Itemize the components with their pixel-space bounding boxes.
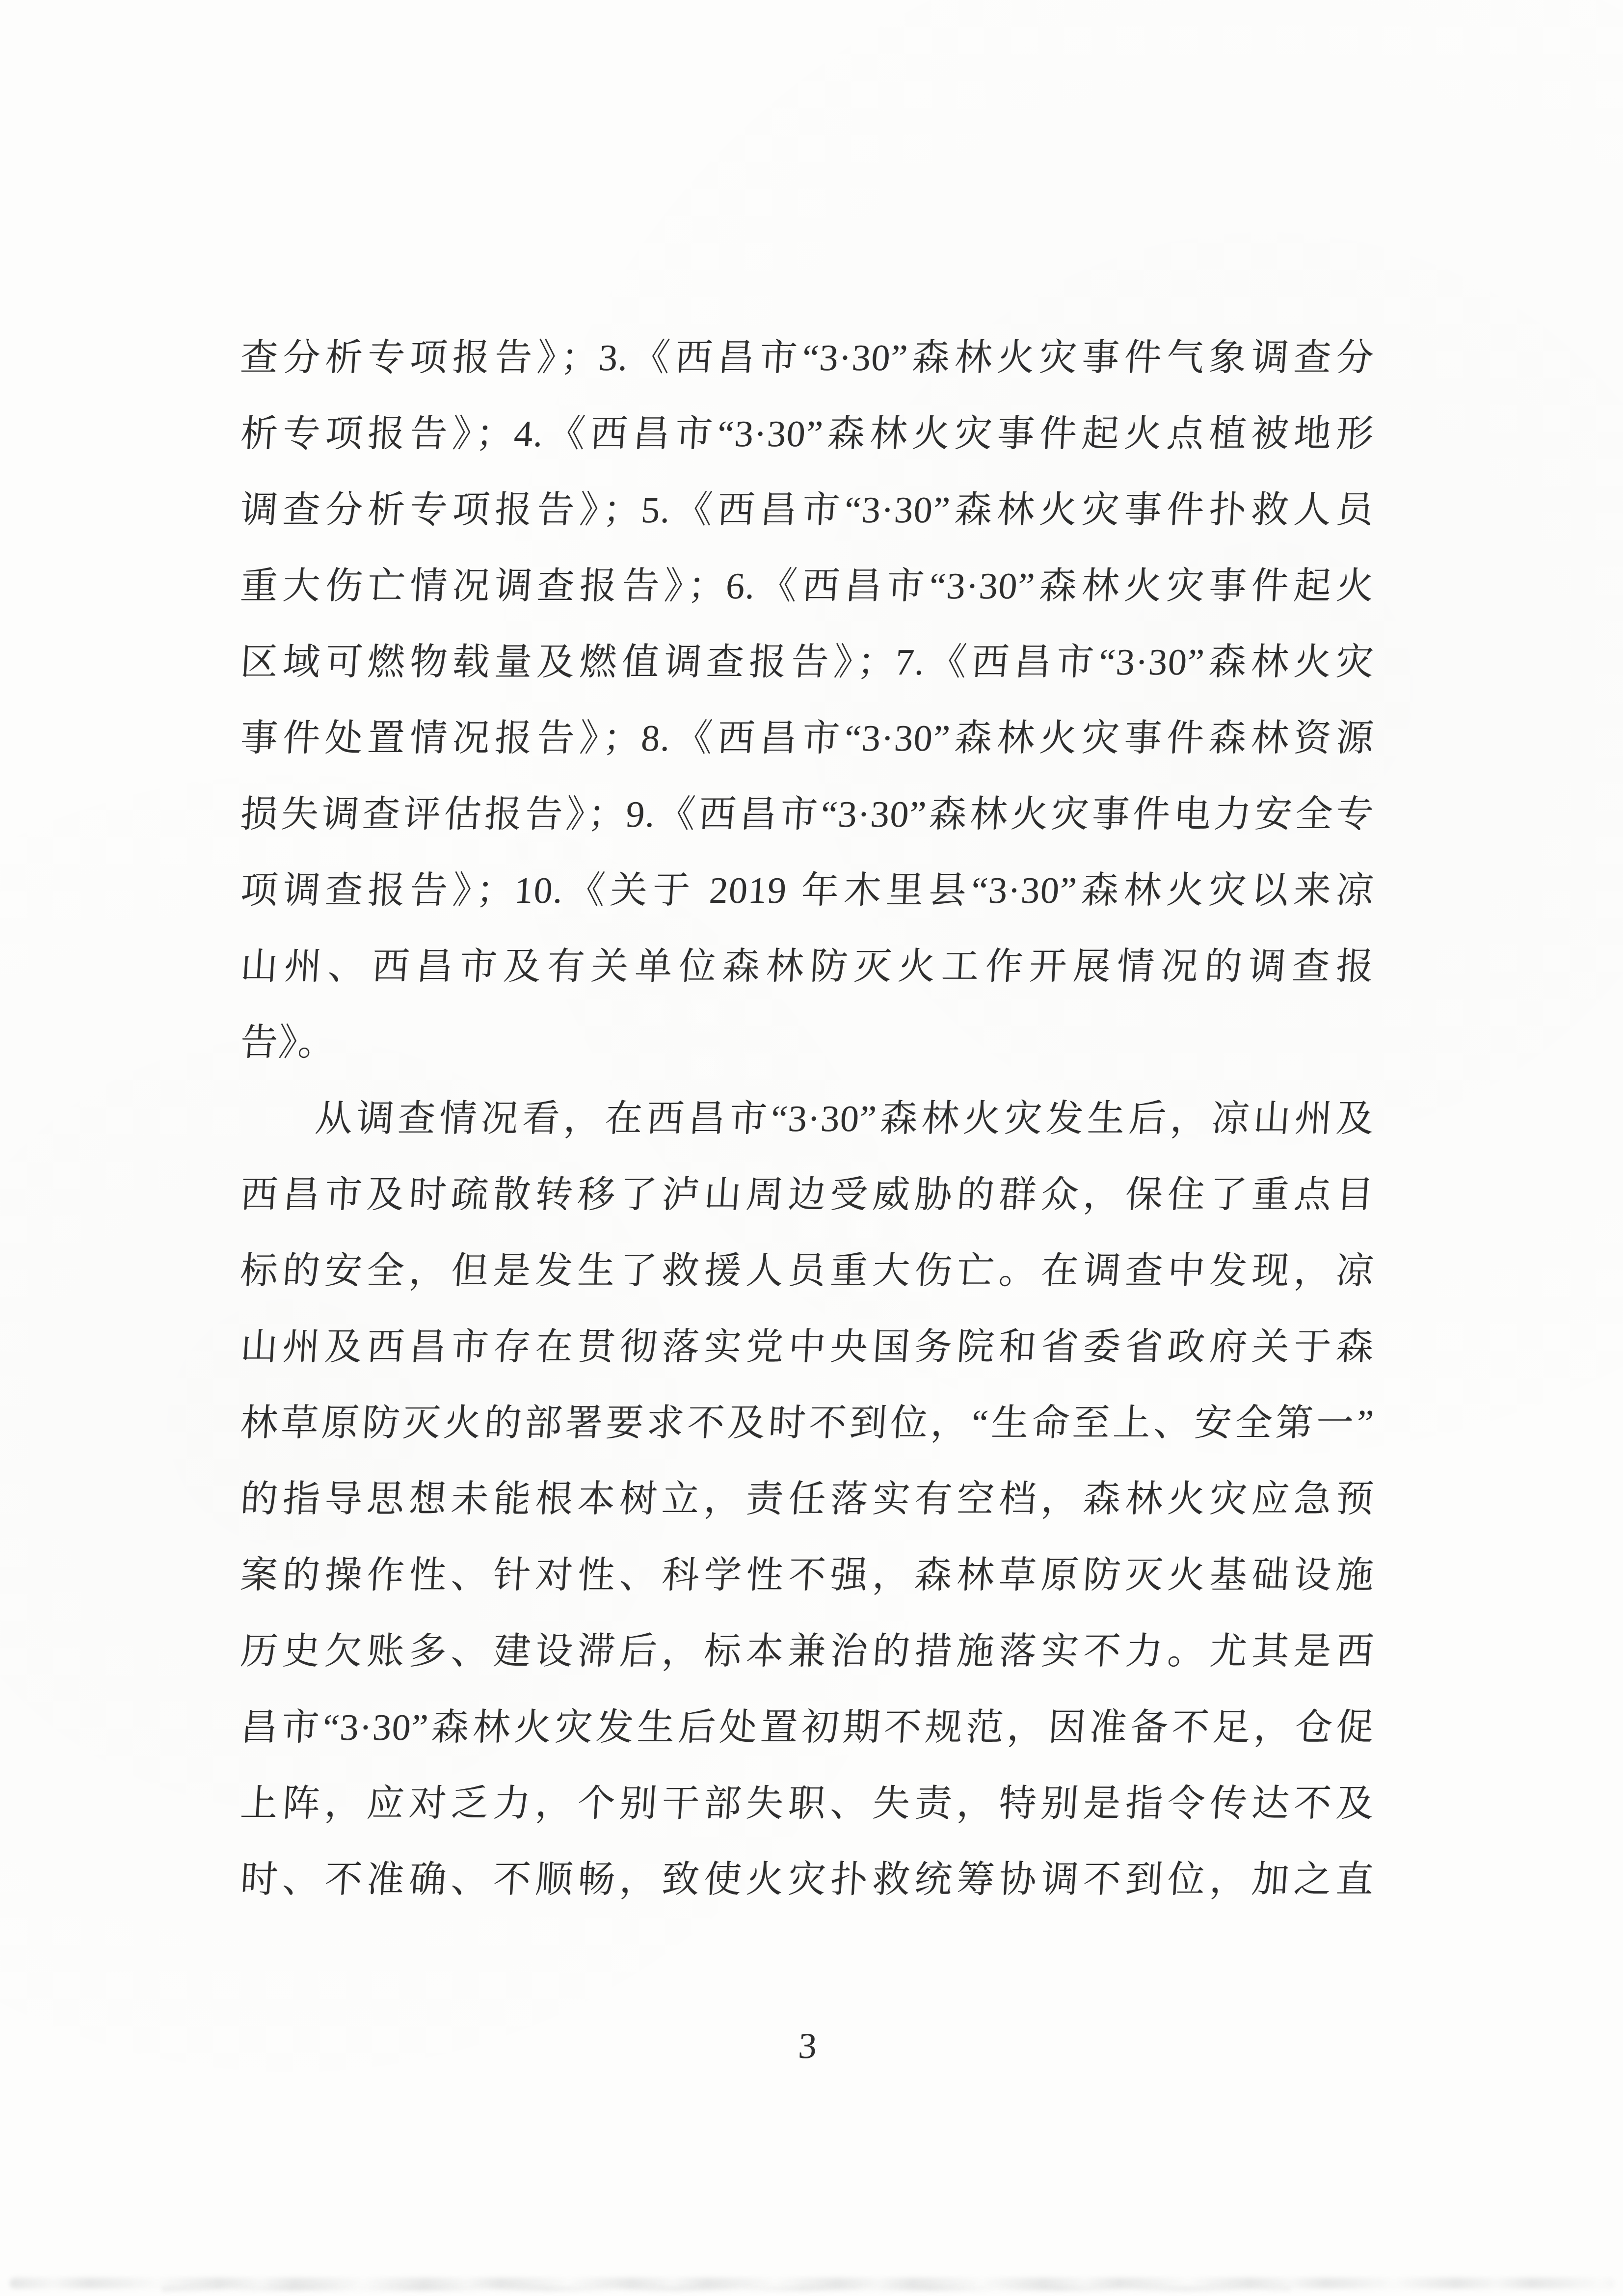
text-line: 案的操作性、针对性、科学性不强，森林草原防灭火基础设施 bbox=[238, 1538, 1376, 1614]
text-line: 从调查情况看，在西昌市“3·30”森林火灾发生后，凉山州及 bbox=[238, 1081, 1376, 1157]
page-number: 3 bbox=[797, 2022, 818, 2071]
text-line: 事件处置情况报告》；8.《西昌市“3·30”森林火灾事件森林资源 bbox=[238, 701, 1376, 777]
text-line: 昌市“3·30”森林火灾发生后处置初期不规范，因准备不足，仓促 bbox=[238, 1690, 1376, 1766]
text-line: 西昌市及时疏散转移了泸山周边受威胁的群众，保住了重点目 bbox=[238, 1157, 1376, 1233]
text-line: 查分析专项报告》；3.《西昌市“3·30”森林火灾事件气象调查分 bbox=[238, 320, 1376, 396]
text-line: 山州及西昌市存在贯彻落实党中央国务院和省委省政府关于森 bbox=[238, 1309, 1376, 1385]
text-line: 上阵，应对乏力，个别干部失职、失责，特别是指令传达不及 bbox=[238, 1766, 1376, 1842]
body-text: 查分析专项报告》；3.《西昌市“3·30”森林火灾事件气象调查分析专项报告》；4… bbox=[240, 320, 1374, 1918]
text-line: 项调查报告》；10.《关于 2019 年木里县“3·30”森林火灾以来凉 bbox=[238, 853, 1376, 929]
page-footer: 3 bbox=[240, 2022, 1374, 2071]
text-line: 标的安全，但是发生了救援人员重大伤亡。在调查中发现，凉 bbox=[238, 1233, 1376, 1309]
text-line: 调查分析专项报告》；5.《西昌市“3·30”森林火灾事件扑救人员 bbox=[238, 472, 1376, 548]
text-line: 告》。 bbox=[238, 1005, 1376, 1081]
text-line: 的指导思想未能根本树立，责任落实有空档，森林火灾应急预 bbox=[238, 1461, 1376, 1538]
text-line: 历史欠账多、建设滞后，标本兼治的措施落实不力。尤其是西 bbox=[238, 1614, 1376, 1690]
text-line: 析专项报告》；4.《西昌市“3·30”森林火灾事件起火点植被地形 bbox=[238, 396, 1376, 472]
text-line: 损失调查评估报告》；9.《西昌市“3·30”森林火灾事件电力安全专 bbox=[238, 777, 1376, 853]
text-line: 林草原防灭火的部署要求不及时不到位，“生命至上、安全第一” bbox=[238, 1385, 1376, 1461]
text-line: 重大伤亡情况调查报告》；6.《西昌市“3·30”森林火灾事件起火 bbox=[238, 548, 1376, 624]
text-line: 时、不准确、不顺畅，致使火灾扑救统筹协调不到位，加之直 bbox=[238, 1842, 1376, 1918]
document-page: 查分析专项报告》；3.《西昌市“3·30”森林火灾事件气象调查分析专项报告》；4… bbox=[0, 0, 1623, 2296]
text-line: 区域可燃物载量及燃值调查报告》；7.《西昌市“3·30”森林火灾 bbox=[238, 624, 1376, 701]
scan-smudge-artifact-secondary bbox=[162, 2287, 1291, 2292]
text-line: 山州、西昌市及有关单位森林防灭火工作开展情况的调查报 bbox=[238, 929, 1376, 1005]
